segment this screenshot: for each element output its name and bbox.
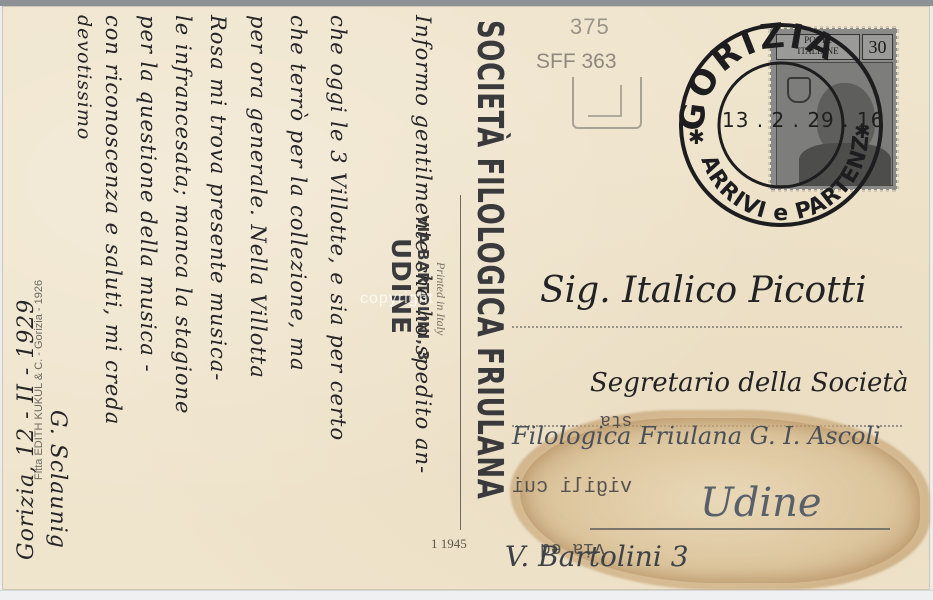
message-line: le infrancesata; manca la stagione	[171, 15, 195, 414]
message-line: per ora generale. Nella Villotta	[246, 15, 270, 379]
recipient-name: Sig. Italico Picotti	[540, 270, 867, 311]
address-street: V. Bartolini 3	[505, 540, 689, 573]
archive-number: 375	[570, 14, 610, 40]
archive-box-mark-inner	[588, 85, 622, 117]
postmark-date: 13 . 2 . 29 . 16	[722, 108, 884, 132]
society-address: VIA BARTOLINI, 3	[414, 215, 432, 361]
address-line-1	[512, 326, 902, 328]
society-city: UDINE	[385, 238, 415, 335]
bottom-frame-bar	[0, 590, 933, 600]
printed-in-label: Printed in Italy	[433, 262, 448, 335]
message-line: con riconoscenza e saluti, mi creda	[101, 15, 125, 425]
publisher-credit: Fitta EDITH KUKUL & C. - Gorizia - 1926	[33, 280, 45, 480]
address-society-name: Filologica Friulana G. I. Ascoli	[512, 422, 881, 450]
address-city: Udine	[700, 480, 822, 526]
society-name: SOCIETÀ FILOLOGICA FRIULANA	[459, 20, 519, 409]
signature: G. Sclaunig	[45, 410, 70, 549]
message-line: devotissimo	[73, 15, 95, 140]
typed-fragment-2: vigili cui	[512, 476, 632, 499]
message-line: Rosa mi trova presente musica-	[206, 15, 230, 381]
archive-code: SFF 363	[536, 50, 617, 74]
message-line: che oggi le 3 Villotte, e sia per certo	[326, 15, 350, 441]
address-society: Segretario della Società	[590, 368, 908, 398]
message-line: che terrò per la collezione, ma	[286, 15, 310, 372]
svg-text:✱: ✱	[688, 127, 705, 149]
print-number: 1 1945	[431, 536, 467, 552]
watermark: copyright	[360, 290, 434, 308]
address-line-3	[590, 528, 890, 530]
message-line: per la questione della musica -	[136, 15, 160, 373]
